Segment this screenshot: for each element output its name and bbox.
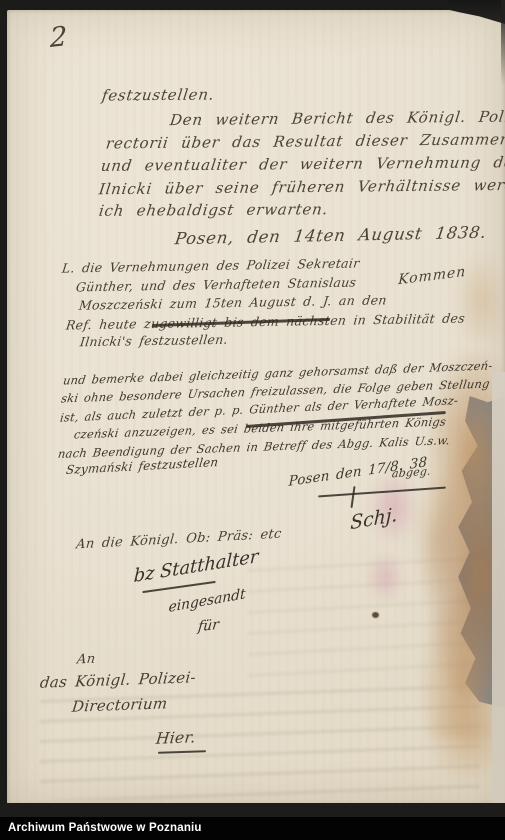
scan-background [0,803,505,817]
underlying-page-edge [492,372,505,803]
archive-caption-bar: Archiwum Państwowe w Poznaniu [0,817,505,840]
archive-caption-label: Archiwum Państwowe w Poznaniu [8,822,202,834]
handwriting-line: An [76,652,96,668]
handwriting-line: für [197,617,219,635]
water-stain [438,226,505,376]
ink-spot [372,612,379,618]
dispatch-mark: abgeg. [391,465,431,481]
handwriting-line: Ilnicki's festzustellen. [79,332,229,350]
handwriting-line: festzustellen. [101,85,216,104]
handwriting-line: Directorium [71,694,168,715]
handwriting-line: und eventualiter der weitern Vernehmung … [100,153,505,175]
handwriting-line: Den weitern Bericht des Königl. Polizei-… [169,107,505,129]
pink-ink-smudge [360,540,410,614]
scanned-document-page: 2 festzustellen. Den weitern Bericht des… [0,0,505,840]
handwriting-line: Hier. [155,728,197,747]
page-number: 2 [50,21,67,54]
scan-edge-shadow [501,0,505,85]
handwriting-line: ich ehebaldigst erwarten. [98,200,330,220]
